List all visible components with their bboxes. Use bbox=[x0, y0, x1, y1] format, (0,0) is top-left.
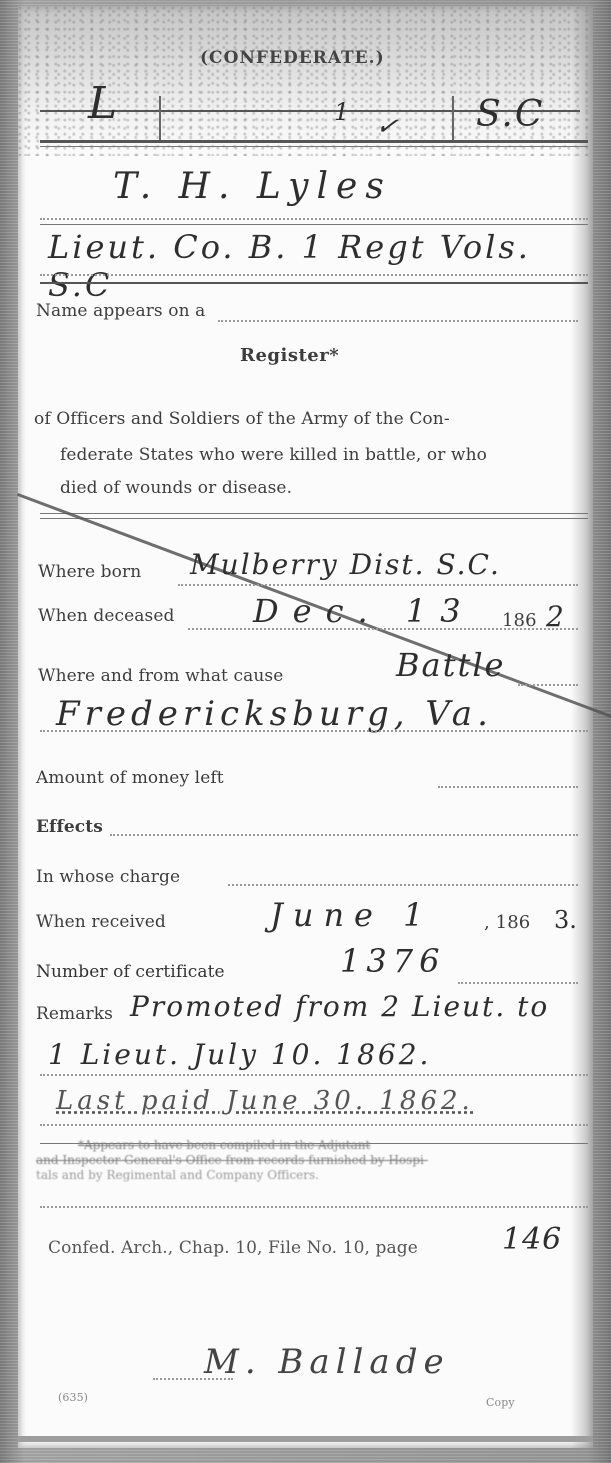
register-intro: Name appears on a bbox=[36, 301, 205, 321]
register-title: Register* bbox=[240, 345, 339, 366]
when-received-year-hand: 3. bbox=[554, 906, 577, 934]
when-received-label: When received bbox=[36, 912, 166, 932]
soldier-rank-unit: Lieut. Co. B. 1 Regt Vols. S.C bbox=[48, 228, 593, 304]
register-rule bbox=[40, 513, 588, 514]
when-deceased-value: Dec. 13 bbox=[253, 592, 475, 630]
cause-value-line2: Fredericksburg, Va. bbox=[56, 694, 493, 734]
footnote-line-1: *Appears to have been compiled in the Ad… bbox=[78, 1138, 370, 1153]
header-divider-1 bbox=[159, 96, 161, 140]
document-card: (CONFEDERATE.) L 1 ✓ S.C T. H. Lyles Lie… bbox=[18, 6, 593, 1448]
remarks-line-1: Promoted from 2 Lieut. to bbox=[130, 990, 549, 1023]
check-mark-icon: ✓ bbox=[374, 110, 402, 143]
unit-rule bbox=[40, 282, 588, 284]
form-number: (635) bbox=[58, 1391, 88, 1404]
archive-page-number: 146 bbox=[502, 1222, 562, 1257]
clerk-signature: M. Ballade bbox=[204, 1342, 450, 1382]
unit-dotted-line bbox=[40, 274, 588, 276]
register-intro-dots bbox=[218, 320, 578, 322]
register-double-rule bbox=[40, 518, 588, 519]
register-description-3: died of wounds or disease. bbox=[60, 478, 292, 498]
header-row-bottom-rule bbox=[40, 140, 588, 143]
remarks-line-3: Last paid June 30. 1862. bbox=[56, 1086, 474, 1116]
in-whose-charge-dots bbox=[228, 884, 578, 886]
footnote-line-3: tals and by Regimental and Company Offic… bbox=[36, 1168, 319, 1183]
remarks-dots-2 bbox=[40, 1074, 588, 1076]
when-received-year-printed: , 186 bbox=[484, 912, 530, 933]
name-dotted-line bbox=[40, 218, 588, 220]
remarks-label: Remarks bbox=[36, 1004, 113, 1024]
remarks-dots-3 bbox=[40, 1124, 588, 1126]
bottom-scan-edge bbox=[18, 1436, 593, 1442]
effects-label: Effects bbox=[36, 817, 103, 837]
header-initial: L bbox=[88, 78, 119, 129]
certificate-number-label: Number of certificate bbox=[36, 962, 225, 982]
cause-dots-1 bbox=[518, 684, 578, 686]
where-born-value: Mulberry Dist. S.C. bbox=[190, 548, 501, 581]
header-state: S.C bbox=[476, 94, 544, 135]
money-left-dots bbox=[438, 786, 578, 788]
archive-top-dots bbox=[40, 1206, 588, 1208]
footnote-line-2: and Inspector General's Office from reco… bbox=[36, 1153, 428, 1168]
scan-edge-shadow bbox=[571, 6, 593, 1448]
where-born-label: Where born bbox=[38, 562, 141, 582]
header-row-double-rule bbox=[40, 146, 588, 147]
header-regiment: 1 bbox=[334, 98, 351, 126]
when-deceased-label: When deceased bbox=[38, 606, 174, 626]
certificate-number-value: 1376 bbox=[340, 942, 445, 980]
when-deceased-dots bbox=[188, 628, 578, 630]
name-rule bbox=[40, 224, 588, 225]
in-whose-charge-label: In whose charge bbox=[36, 867, 180, 887]
cause-label: Where and from what cause bbox=[38, 666, 283, 686]
register-description-2: federate States who were killed in battl… bbox=[60, 445, 487, 465]
cause-value-line1: Battle bbox=[396, 646, 505, 684]
archive-reference: Confed. Arch., Chap. 10, File No. 10, pa… bbox=[48, 1238, 418, 1258]
copy-mark: Copy bbox=[486, 1396, 515, 1409]
where-born-dots bbox=[178, 584, 578, 586]
header-divider-2 bbox=[452, 96, 454, 140]
header-title: (CONFEDERATE.) bbox=[200, 48, 385, 68]
soldier-name: T. H. Lyles bbox=[113, 166, 392, 207]
certificate-dots bbox=[458, 982, 578, 984]
remarks-line-2: 1 Lieut. July 10. 1862. bbox=[48, 1038, 431, 1071]
cause-dots-2 bbox=[40, 730, 588, 732]
money-left-label: Amount of money left bbox=[36, 768, 224, 788]
when-received-value: June 1 bbox=[270, 896, 434, 934]
effects-dots bbox=[110, 834, 578, 836]
register-description-1: of Officers and Soldiers of the Army of … bbox=[34, 409, 450, 429]
